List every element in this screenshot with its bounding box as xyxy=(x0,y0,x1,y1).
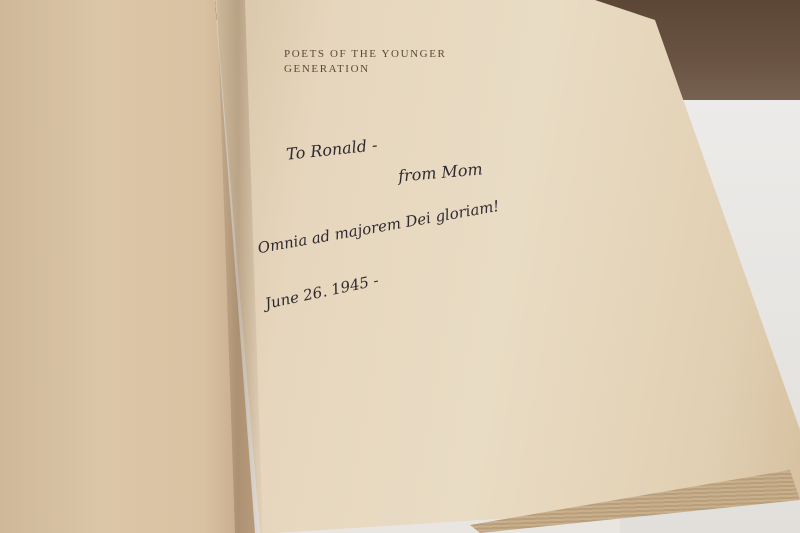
printed-title: Poets of the Younger Generation xyxy=(284,47,446,77)
title-line-1: Poets of the Younger xyxy=(284,47,446,62)
title-line-2: Generation xyxy=(284,62,446,77)
left-page xyxy=(0,0,255,533)
